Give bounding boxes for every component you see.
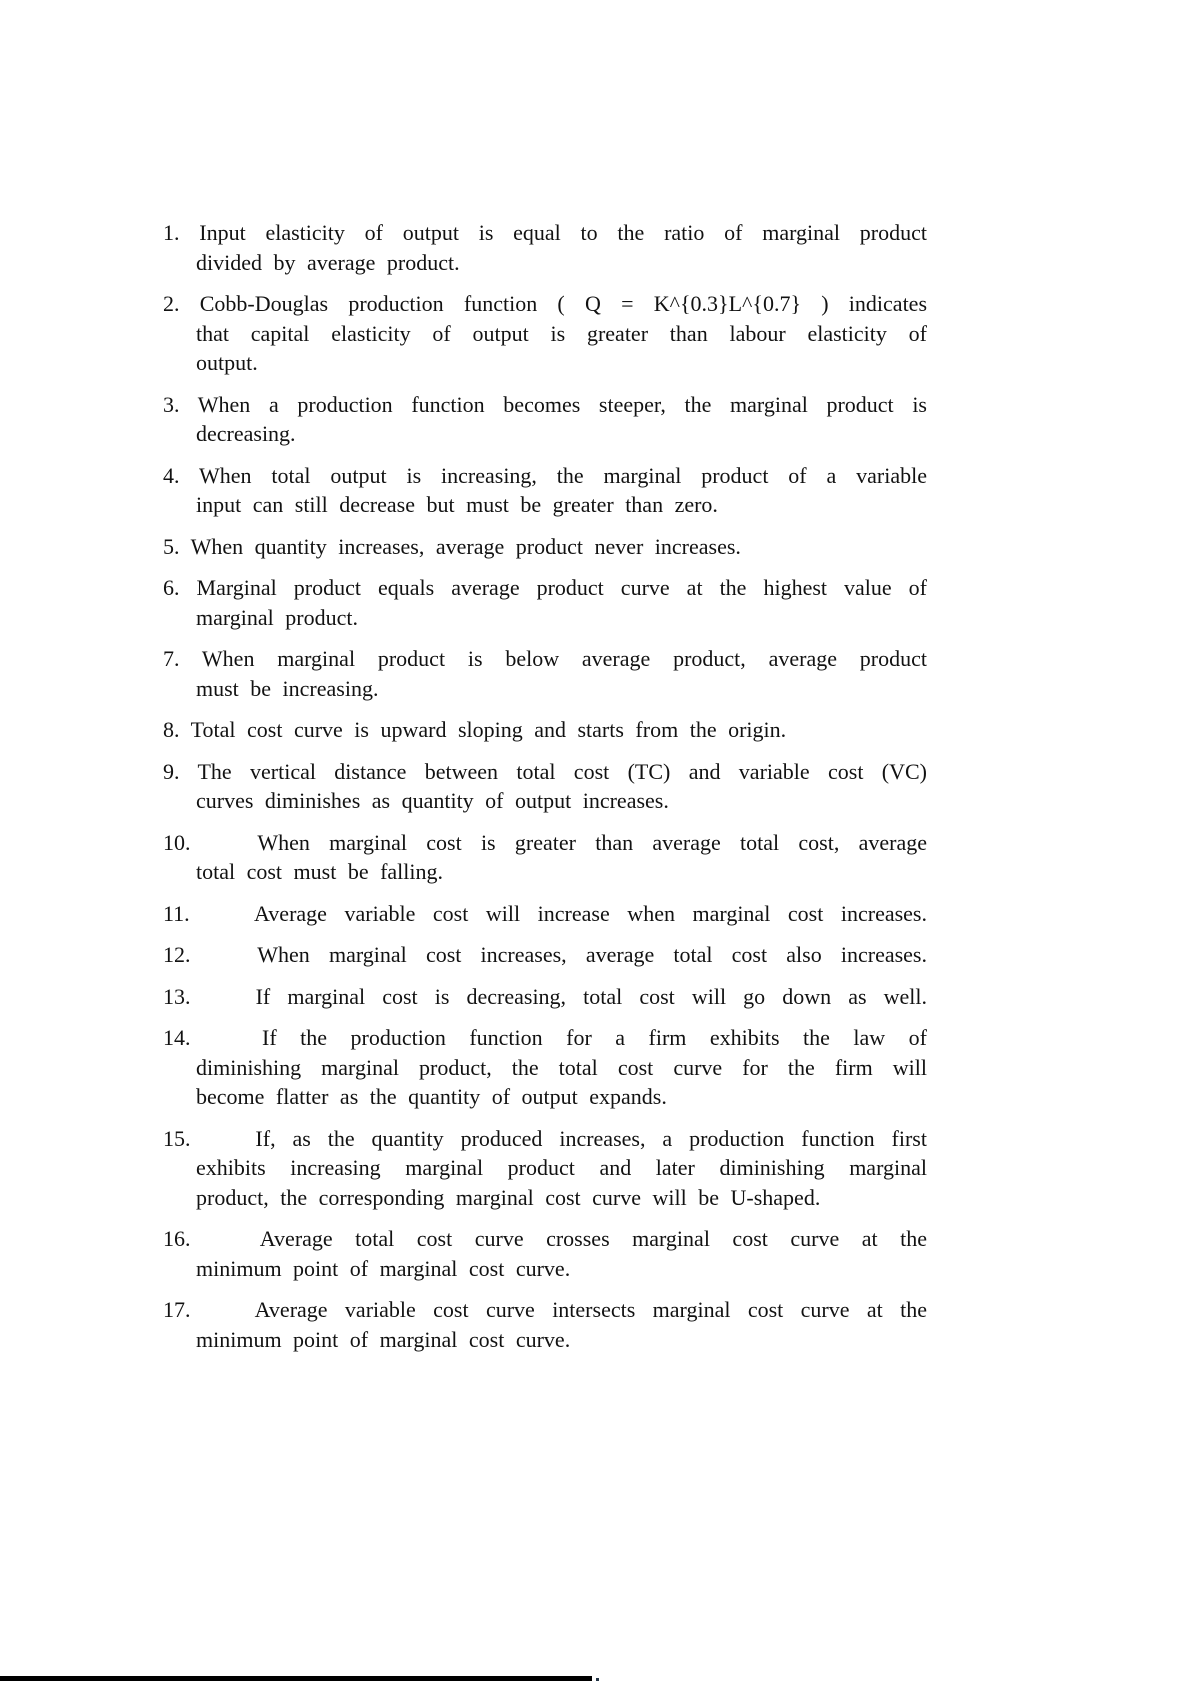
footer-rule [0,1676,592,1681]
item-line: 3. When a production function becomes st… [163,390,927,420]
item-line: that capital elasticity of output is gre… [196,319,927,349]
item-line: 11. Average variable cost will increase … [163,899,927,929]
list-item: 5. When quantity increases, average prod… [163,532,927,562]
item-number: 6. [163,575,180,600]
item-line: diminishing marginal product, the total … [196,1053,927,1083]
item-text: output. [196,350,258,375]
item-text: marginal product. [196,605,358,630]
footer-dot [596,1678,599,1681]
item-line: exhibits increasing marginal product and… [196,1153,927,1183]
item-number: 8. [163,717,180,742]
item-number: 4. [163,463,180,488]
item-text: must be increasing. [196,676,378,701]
item-number: 13. [163,984,191,1009]
item-text: input can still decrease but must be gre… [196,492,718,517]
item-text: divided by average product. [196,250,460,275]
item-text: decreasing. [196,421,296,446]
item-number: 14. [163,1025,191,1050]
item-line: divided by average product. [196,248,927,278]
item-number: 9. [163,759,180,784]
list-item: 11. Average variable cost will increase … [163,899,927,929]
item-text: Average variable cost will increase when… [254,901,927,926]
item-line: 16. Average total cost curve crosses mar… [163,1224,927,1254]
item-text: Input elasticity of output is equal to t… [199,220,927,245]
item-line: 9. The vertical distance between total c… [163,757,927,787]
item-number: 2. [163,291,180,316]
item-text: product, the corresponding marginal cost… [196,1185,820,1210]
item-text: diminishing marginal product, the total … [196,1055,927,1080]
item-line: 5. When quantity increases, average prod… [163,532,927,562]
item-line: output. [196,348,927,378]
item-line: 15. If, as the quantity produced increas… [163,1124,927,1154]
item-text: total cost must be falling. [196,859,443,884]
list-item: 4. When total output is increasing, the … [163,461,927,520]
item-line: total cost must be falling. [196,857,927,887]
list-item: 10. When marginal cost is greater than a… [163,828,927,887]
item-text: The vertical distance between total cost… [197,759,927,784]
item-text: When marginal cost increases, average to… [257,942,927,967]
item-text: minimum point of marginal cost curve. [196,1327,570,1352]
item-number: 16. [163,1226,191,1251]
statements-list: 1. Input elasticity of output is equal t… [163,218,927,1366]
list-item: 1. Input elasticity of output is equal t… [163,218,927,277]
list-item: 3. When a production function becomes st… [163,390,927,449]
item-line: marginal product. [196,603,927,633]
item-number: 5. [163,534,180,559]
list-item: 17. Average variable cost curve intersec… [163,1295,927,1354]
item-line: 12. When marginal cost increases, averag… [163,940,927,970]
item-line: product, the corresponding marginal cost… [196,1183,927,1213]
item-text: If, as the quantity produced increases, … [255,1126,927,1151]
list-item: 12. When marginal cost increases, averag… [163,940,927,970]
item-text: Total cost curve is upward sloping and s… [191,717,787,742]
item-line: curves diminishes as quantity of output … [196,786,927,816]
item-text: Average total cost curve crosses margina… [260,1226,927,1251]
list-item: 9. The vertical distance between total c… [163,757,927,816]
item-line: become flatter as the quantity of output… [196,1082,927,1112]
item-line: 7. When marginal product is below averag… [163,644,927,674]
item-line: minimum point of marginal cost curve. [196,1325,927,1355]
list-item: 14. If the production function for a fir… [163,1023,927,1112]
list-item: 7. When marginal product is below averag… [163,644,927,703]
item-line: 14. If the production function for a fir… [163,1023,927,1053]
item-line: input can still decrease but must be gre… [196,490,927,520]
item-line: must be increasing. [196,674,927,704]
list-item: 6. Marginal product equals average produ… [163,573,927,632]
item-line: 10. When marginal cost is greater than a… [163,828,927,858]
item-number: 15. [163,1126,191,1151]
item-number: 11. [163,901,190,926]
item-text: curves diminishes as quantity of output … [196,788,669,813]
item-text: When marginal cost is greater than avera… [257,830,927,855]
item-line: 13. If marginal cost is decreasing, tota… [163,982,927,1012]
item-number: 10. [163,830,191,855]
list-item: 8. Total cost curve is upward sloping an… [163,715,927,745]
list-item: 15. If, as the quantity produced increas… [163,1124,927,1213]
item-text: Cobb-Douglas production function ( Q = K… [200,291,927,316]
item-number: 1. [163,220,180,245]
list-item: 2. Cobb-Douglas production function ( Q … [163,289,927,378]
item-number: 7. [163,646,180,671]
item-line: 8. Total cost curve is upward sloping an… [163,715,927,745]
item-line: 17. Average variable cost curve intersec… [163,1295,927,1325]
item-text: that capital elasticity of output is gre… [196,321,927,346]
item-number: 3. [163,392,180,417]
item-text: minimum point of marginal cost curve. [196,1256,570,1281]
item-text: If the production function for a firm ex… [262,1025,927,1050]
item-number: 12. [163,942,191,967]
item-line: 2. Cobb-Douglas production function ( Q … [163,289,927,319]
item-text: When a production function becomes steep… [198,392,927,417]
item-text: If marginal cost is decreasing, total co… [256,984,927,1009]
item-line: decreasing. [196,419,927,449]
item-text: Marginal product equals average product … [197,575,927,600]
item-line: 4. When total output is increasing, the … [163,461,927,491]
item-text: When quantity increases, average product… [191,534,741,559]
item-line: 1. Input elasticity of output is equal t… [163,218,927,248]
item-line: 6. Marginal product equals average produ… [163,573,927,603]
item-text: Average variable cost curve intersects m… [255,1297,927,1322]
item-number: 17. [163,1297,191,1322]
item-text: When marginal product is below average p… [202,646,927,671]
item-line: minimum point of marginal cost curve. [196,1254,927,1284]
document-page: 1. Input elasticity of output is equal t… [0,0,1191,1685]
item-text: exhibits increasing marginal product and… [196,1155,927,1180]
list-item: 13. If marginal cost is decreasing, tota… [163,982,927,1012]
item-text: become flatter as the quantity of output… [196,1084,667,1109]
item-text: When total output is increasing, the mar… [199,463,927,488]
list-item: 16. Average total cost curve crosses mar… [163,1224,927,1283]
